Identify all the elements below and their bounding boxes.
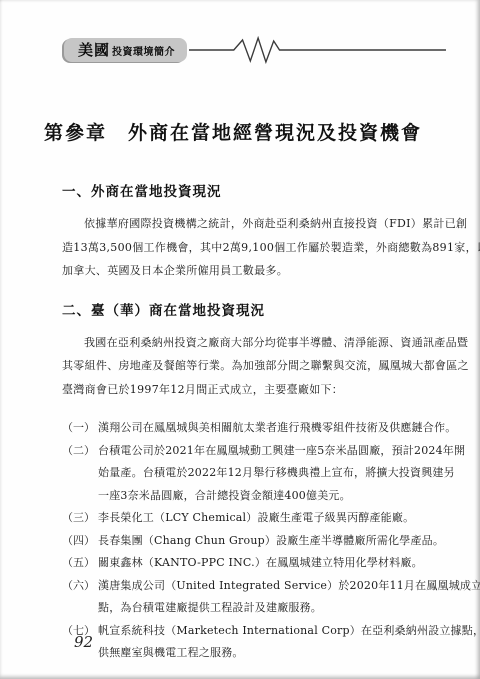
header-brand-subtitle: 投資環境簡介	[112, 43, 175, 58]
list-item: （七） 帆宣系統科技（Marketech International Corp）…	[62, 620, 434, 665]
paragraph-line: 其零組件、房地產及餐館等行業。為加強部分間之聯繫與交流，鳳凰城大都會區之	[62, 354, 434, 378]
paragraph-line: 依據華府國際投資機構之統計，外商赴亞利桑納州直接投資（FDI）累計已創	[62, 212, 434, 236]
section-heading-1: 一、外商在當地投資現況	[62, 180, 434, 200]
list-item: （二） 台積電公司於2021年在鳳凰城動工興建一座5奈米晶圓廠，預計2024年開…	[62, 440, 434, 508]
list-item-line: 一座3奈米晶圓廠，合計總投資金額達400億美元。	[98, 485, 465, 508]
paragraph-line: 加拿大、英國及日本企業所僱用員工數最多。	[62, 259, 434, 283]
list-item-line: 長春集團（Chang Chun Group）設廠生產半導體廠所需化學產品。	[98, 530, 444, 553]
paragraph-line: 造13萬3,500個工作機會，其中2萬9,100個工作屬於製造業，外商總數為89…	[62, 236, 434, 260]
list-item-line: 漢唐集成公司（United Integrated Service）於2020年1…	[98, 575, 480, 598]
paragraph: 我國在亞利桑納州投資之廠商大部分均從事半導體、清淨能源、資通訊產品暨 其零組件、…	[62, 331, 434, 402]
chapter-title: 第參章 外商在當地經營現況及投資機會	[0, 118, 466, 145]
list-item-line: 始量產。台積電於2022年12月舉行移機典禮上宣布，將擴大投資興建另	[98, 462, 465, 485]
paragraph: 依據華府國際投資機構之統計，外商赴亞利桑納州直接投資（FDI）累計已創 造13萬…	[62, 212, 434, 283]
list-item-marker: （一）	[62, 417, 98, 440]
list-item: （五） 關東鑫林（KANTO-PPC INC.）在鳳凰城建立特用化學材料廠。	[62, 552, 434, 575]
pulse-line-icon	[189, 36, 446, 64]
list-item-marker: （五）	[62, 552, 98, 575]
list-item-marker: （二）	[62, 440, 98, 463]
list-item-line: 供無塵室與機電工程之服務。	[98, 642, 480, 665]
list-item: （三） 李長榮化工（LCY Chemical）設廠生產電子級異丙醇產能廠。	[62, 507, 434, 530]
header-brand-title: 美國	[78, 39, 110, 60]
list-item-marker: （三）	[62, 507, 98, 530]
list-item-line: 李長榮化工（LCY Chemical）設廠生產電子級異丙醇產能廠。	[98, 507, 434, 530]
list-item-marker: （六）	[62, 575, 98, 598]
list-item-line: 關東鑫林（KANTO-PPC INC.）在鳳凰城建立特用化學材料廠。	[98, 552, 434, 575]
list-item-line: 帆宣系統科技（Marketech International Corp）在亞利桑…	[98, 620, 480, 643]
page-number: 92	[74, 633, 93, 651]
list-item-line: 台積電公司於2021年在鳳凰城動工興建一座5奈米晶圓廠，預計2024年開	[98, 440, 465, 463]
list-item: （六） 漢唐集成公司（United Integrated Service）於20…	[62, 575, 434, 620]
paragraph-line: 臺灣商會已於1997年12月間正式成立，主要臺廠如下：	[62, 378, 434, 402]
header-brand-bar: 美國 投資環境簡介	[64, 38, 187, 62]
list-item: （四） 長春集團（Chang Chun Group）設廠生產半導體廠所需化學產品…	[62, 530, 434, 553]
list-item-line: 點，為台積電建廠提供工程設計及建廠服務。	[98, 597, 480, 620]
list-item-marker: （四）	[62, 530, 98, 553]
page-header: 美國 投資環境簡介	[64, 36, 446, 64]
document-page: 美國 投資環境簡介 第參章 外商在當地經營現況及投資機會 一、外商在當地投資現況…	[0, 0, 480, 679]
section-heading-2: 二、臺（華）商在當地投資現況	[62, 299, 434, 319]
list-item: （一） 漢翔公司在鳳凰城與美相關航太業者進行飛機零組件技術及供應鏈合作。	[62, 417, 434, 440]
paragraph-line: 我國在亞利桑納州投資之廠商大部分均從事半導體、清淨能源、資通訊產品暨	[62, 331, 434, 355]
company-list: （一） 漢翔公司在鳳凰城與美相關航太業者進行飛機零組件技術及供應鏈合作。 （二）…	[62, 417, 434, 665]
document-body: 一、外商在當地投資現況 依據華府國際投資機構之統計，外商赴亞利桑納州直接投資（F…	[62, 180, 434, 665]
list-item-line: 漢翔公司在鳳凰城與美相關航太業者進行飛機零組件技術及供應鏈合作。	[98, 417, 456, 440]
